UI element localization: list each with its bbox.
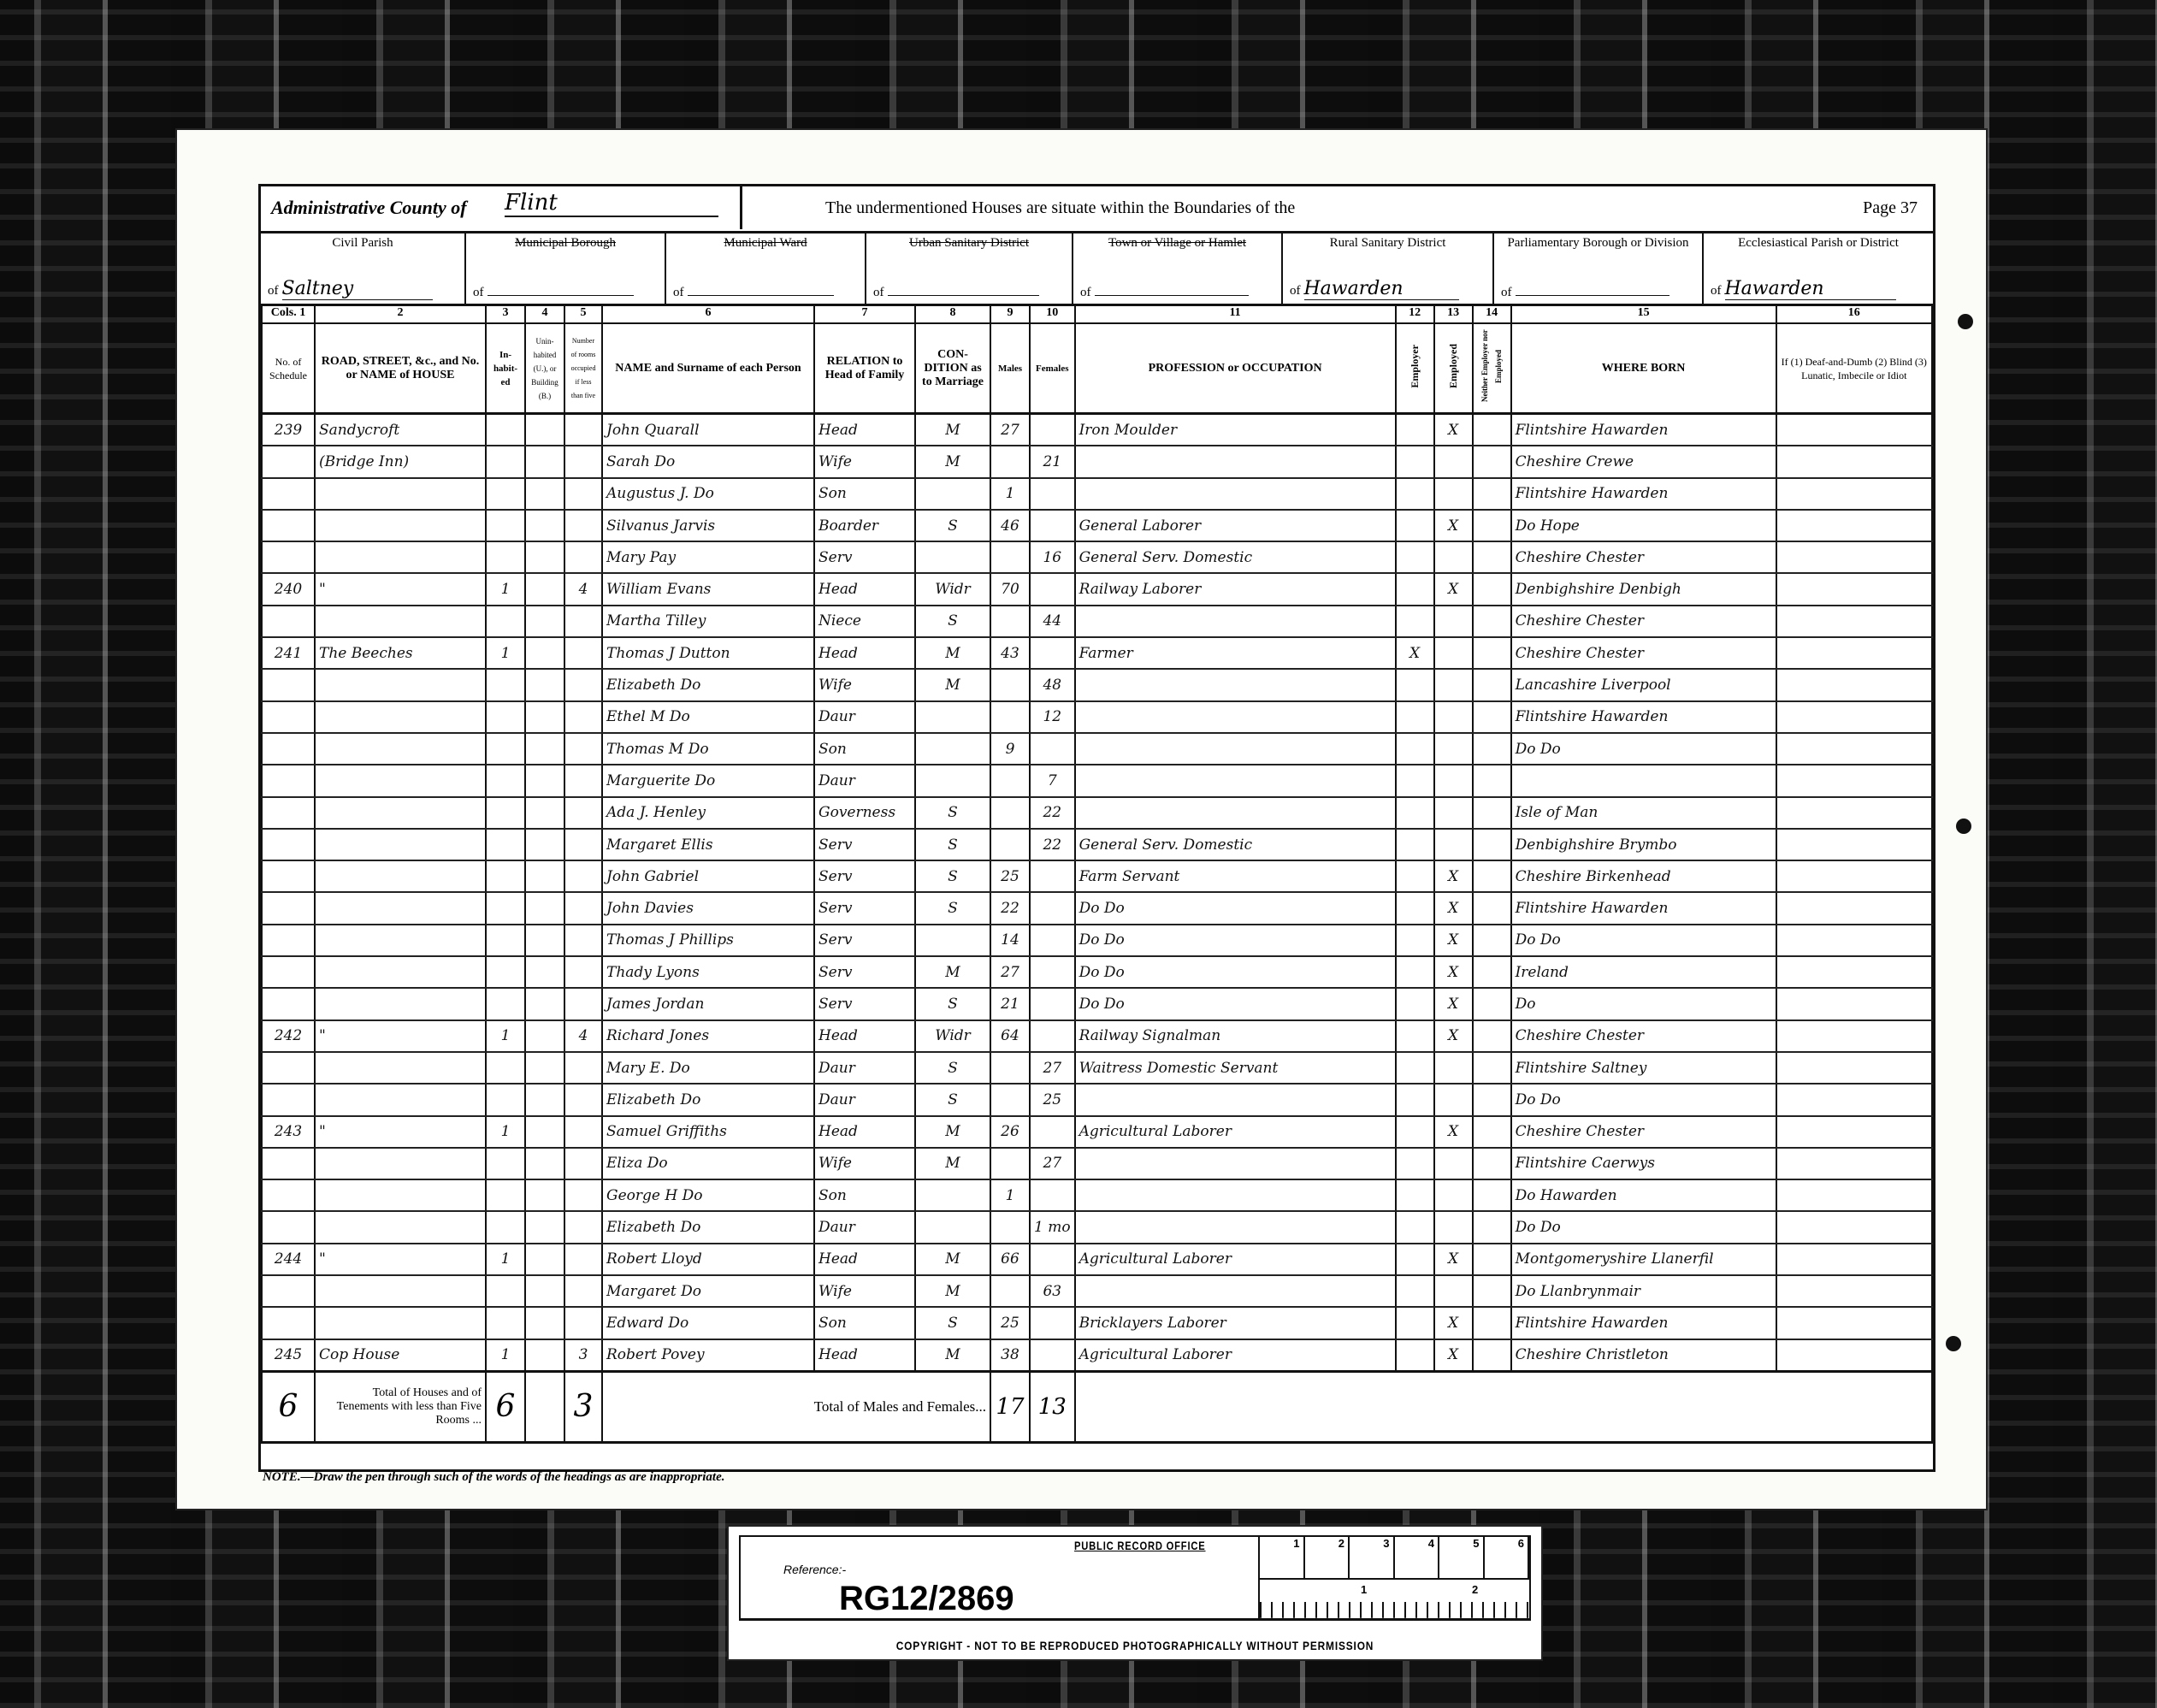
infirmity — [1776, 510, 1932, 541]
condition: M — [915, 669, 990, 700]
record-office-label: PUBLIC RECORD OFFICE — [1074, 1539, 1206, 1552]
table-row: Mary E. DoDaurS27Waitress Domestic Serva… — [262, 1052, 1932, 1084]
condition: M — [915, 446, 990, 477]
condition: S — [915, 1052, 990, 1084]
where-born: Cheshire Crewe — [1511, 446, 1776, 477]
road-house — [315, 829, 486, 860]
occupation: Railway Laborer — [1075, 573, 1396, 605]
age-female — [1030, 573, 1075, 605]
neither — [1473, 510, 1511, 541]
neither — [1473, 1339, 1511, 1372]
county-box: Administrative County of Flint — [261, 186, 742, 229]
schedule-no: 244 — [262, 1244, 315, 1275]
rooms — [564, 956, 602, 988]
schedule-no — [262, 765, 315, 796]
inhabited — [486, 606, 525, 637]
employer — [1396, 1084, 1434, 1115]
where-born: Do Llanbrynmair — [1511, 1275, 1776, 1307]
person-name: John Gabriel — [602, 860, 814, 892]
total-rooms: 3 — [564, 1371, 602, 1442]
infirmity — [1776, 541, 1932, 573]
inhabited: 1 — [486, 1339, 525, 1372]
neither — [1473, 1179, 1511, 1211]
neither — [1473, 1211, 1511, 1243]
employer — [1396, 988, 1434, 1019]
persons-total-label: Total of Males and Females... — [602, 1371, 990, 1442]
employer — [1396, 1307, 1434, 1339]
person-name: Mary Pay — [602, 541, 814, 573]
employed — [1434, 765, 1473, 796]
col-age-males: Males — [990, 323, 1030, 414]
table-row: Elizabeth DoDaurS25Do Do — [262, 1084, 1932, 1115]
condition — [915, 541, 990, 573]
inhabited — [486, 1307, 525, 1339]
schedule-no: 241 — [262, 637, 315, 669]
rooms: 4 — [564, 573, 602, 605]
schedule-no: 242 — [262, 1020, 315, 1052]
rooms — [564, 733, 602, 765]
where-born: Cheshire Birkenhead — [1511, 860, 1776, 892]
infirmity — [1776, 956, 1932, 988]
person-name: Elizabeth Do — [602, 669, 814, 700]
person-name: Margaret Ellis — [602, 829, 814, 860]
table-row: Elizabeth DoDaur1 moDo Do — [262, 1211, 1932, 1243]
condition: S — [915, 829, 990, 860]
age-female — [1030, 1307, 1075, 1339]
person-name: Edward Do — [602, 1307, 814, 1339]
footer-note: NOTE.—Draw the pen through such of the w… — [263, 1470, 725, 1485]
road-house — [315, 988, 486, 1019]
total-males: 17 — [990, 1371, 1030, 1442]
condition: M — [915, 1275, 990, 1307]
district-rural-sanitary: Rural Sanitary District ofHawarden — [1283, 231, 1494, 304]
infirmity — [1776, 1244, 1932, 1275]
age-male — [990, 1275, 1030, 1307]
infirmity — [1776, 573, 1932, 605]
neither — [1473, 829, 1511, 860]
age-female: 1 mo — [1030, 1211, 1075, 1243]
age-male: 9 — [990, 733, 1030, 765]
age-male — [990, 797, 1030, 829]
age-female: 48 — [1030, 669, 1075, 700]
table-row: Mary PayServ16General Serv. DomesticChes… — [262, 541, 1932, 573]
employer: X — [1396, 637, 1434, 669]
neither — [1473, 733, 1511, 765]
employer — [1396, 1211, 1434, 1243]
employed: X — [1434, 925, 1473, 956]
occupation: General Serv. Domestic — [1075, 829, 1396, 860]
infirmity — [1776, 1275, 1932, 1307]
relation: Governess — [814, 797, 915, 829]
table-row: Silvanus JarvisBoarderS46General Laborer… — [262, 510, 1932, 541]
measurement-scale: 12 34 56 1 2 — [1258, 1537, 1529, 1618]
neither — [1473, 765, 1511, 796]
where-born: Do Hope — [1511, 510, 1776, 541]
rooms — [564, 637, 602, 669]
age-female: 21 — [1030, 446, 1075, 477]
rooms — [564, 1275, 602, 1307]
employed: X — [1434, 1339, 1473, 1372]
where-born: Flintshire Saltney — [1511, 1052, 1776, 1084]
total-females: 13 — [1030, 1371, 1075, 1442]
rooms — [564, 1307, 602, 1339]
condition — [915, 1179, 990, 1211]
age-female: 22 — [1030, 797, 1075, 829]
person-name: Elizabeth Do — [602, 1211, 814, 1243]
employer — [1396, 956, 1434, 988]
employer — [1396, 478, 1434, 510]
person-name: Thady Lyons — [602, 956, 814, 988]
county-value: Flint — [505, 190, 718, 217]
employed: X — [1434, 1307, 1473, 1339]
relation: Head — [814, 1339, 915, 1372]
rooms — [564, 1148, 602, 1179]
employer — [1396, 510, 1434, 541]
condition: S — [915, 1084, 990, 1115]
where-born: Do Do — [1511, 1211, 1776, 1243]
occupation — [1075, 1148, 1396, 1179]
road-house — [315, 1275, 486, 1307]
occupation: Bricklayers Laborer — [1075, 1307, 1396, 1339]
condition: M — [915, 1339, 990, 1372]
employed: X — [1434, 956, 1473, 988]
inhabited — [486, 797, 525, 829]
employer — [1396, 860, 1434, 892]
infirmity — [1776, 1307, 1932, 1339]
neither — [1473, 1148, 1511, 1179]
person-name: Martha Tilley — [602, 606, 814, 637]
inhabited — [486, 414, 525, 446]
table-row: (Bridge Inn)Sarah DoWifeM21Cheshire Crew… — [262, 446, 1932, 477]
relation: Son — [814, 733, 915, 765]
relation: Head — [814, 1244, 915, 1275]
condition — [915, 701, 990, 733]
age-female: 12 — [1030, 701, 1075, 733]
table-row: Thomas M DoSon9Do Do — [262, 733, 1932, 765]
road-house: (Bridge Inn) — [315, 446, 486, 477]
age-female — [1030, 414, 1075, 446]
inhabited: 1 — [486, 1244, 525, 1275]
age-female — [1030, 1179, 1075, 1211]
employer — [1396, 1116, 1434, 1148]
copyright-notice: COPYRIGHT - NOT TO BE REPRODUCED PHOTOGR… — [798, 1639, 1471, 1652]
person-name: Thomas J Phillips — [602, 925, 814, 956]
occupation — [1075, 733, 1396, 765]
uninhabited — [525, 606, 564, 637]
uninhabited — [525, 1307, 564, 1339]
where-born: Denbighshire Brymbo — [1511, 829, 1776, 860]
person-name: Samuel Griffiths — [602, 1116, 814, 1148]
infirmity — [1776, 1339, 1932, 1372]
inhabited — [486, 478, 525, 510]
employed — [1434, 829, 1473, 860]
employed: X — [1434, 892, 1473, 924]
employed — [1434, 1148, 1473, 1179]
employed: X — [1434, 1116, 1473, 1148]
occupation: Farmer — [1075, 637, 1396, 669]
age-male: 27 — [990, 956, 1030, 988]
occupation: General Serv. Domestic — [1075, 541, 1396, 573]
district-row: Civil Parish ofSaltney Municipal Borough… — [261, 231, 1933, 306]
relation: Serv — [814, 925, 915, 956]
inhabited — [486, 1179, 525, 1211]
col-occupation: PROFESSION or OCCUPATION — [1075, 323, 1396, 414]
table-row: Marguerite DoDaur7 — [262, 765, 1932, 796]
employer — [1396, 829, 1434, 860]
employed — [1434, 797, 1473, 829]
uninhabited — [525, 414, 564, 446]
inhabited — [486, 956, 525, 988]
rooms — [564, 925, 602, 956]
road-house: " — [315, 573, 486, 605]
age-male: 1 — [990, 1179, 1030, 1211]
employed — [1434, 1084, 1473, 1115]
road-house — [315, 1307, 486, 1339]
where-born: Do Do — [1511, 733, 1776, 765]
age-male: 25 — [990, 860, 1030, 892]
employer — [1396, 606, 1434, 637]
where-born: Lancashire Liverpool — [1511, 669, 1776, 700]
table-row: John DaviesServS22Do DoXFlintshire Hawar… — [262, 892, 1932, 924]
neither — [1473, 669, 1511, 700]
neither — [1473, 1052, 1511, 1084]
road-house — [315, 541, 486, 573]
inhabited — [486, 446, 525, 477]
schedule-no — [262, 1307, 315, 1339]
uninhabited — [525, 1211, 564, 1243]
person-name: Ethel M Do — [602, 701, 814, 733]
uninhabited — [525, 1179, 564, 1211]
schedule-no — [262, 988, 315, 1019]
rooms: 3 — [564, 1339, 602, 1372]
rooms — [564, 988, 602, 1019]
uninhabited — [525, 733, 564, 765]
total-inhabited: 6 — [486, 1371, 525, 1442]
inhabited — [486, 860, 525, 892]
person-name: John Davies — [602, 892, 814, 924]
relation: Serv — [814, 892, 915, 924]
person-name: John Quarall — [602, 414, 814, 446]
infirmity — [1776, 1084, 1932, 1115]
age-female: 22 — [1030, 829, 1075, 860]
road-house — [315, 701, 486, 733]
uninhabited — [525, 478, 564, 510]
district-urban-sanitary: Urban Sanitary District of — [866, 231, 1073, 304]
age-male — [990, 1148, 1030, 1179]
infirmity — [1776, 765, 1932, 796]
employer — [1396, 765, 1434, 796]
table-row: 239SandycroftJohn QuarallHeadM27Iron Mou… — [262, 414, 1932, 446]
occupation: Agricultural Laborer — [1075, 1339, 1396, 1372]
rooms — [564, 829, 602, 860]
inhabited — [486, 829, 525, 860]
relation: Serv — [814, 860, 915, 892]
infirmity — [1776, 701, 1932, 733]
schedule-no — [262, 860, 315, 892]
condition: S — [915, 860, 990, 892]
inhabited — [486, 1211, 525, 1243]
rooms — [564, 606, 602, 637]
age-male: 66 — [990, 1244, 1030, 1275]
age-male — [990, 1052, 1030, 1084]
infirmity — [1776, 1179, 1932, 1211]
employed — [1434, 1179, 1473, 1211]
neither — [1473, 1275, 1511, 1307]
uninhabited — [525, 1148, 564, 1179]
relation: Son — [814, 1307, 915, 1339]
inhabited — [486, 510, 525, 541]
age-female — [1030, 892, 1075, 924]
relation: Daur — [814, 701, 915, 733]
occupation: Railway Signalman — [1075, 1020, 1396, 1052]
employed: X — [1434, 1020, 1473, 1052]
age-female — [1030, 860, 1075, 892]
condition — [915, 925, 990, 956]
neither — [1473, 573, 1511, 605]
schedule-no — [262, 829, 315, 860]
road-house — [315, 1179, 486, 1211]
relation: Niece — [814, 606, 915, 637]
census-sheet: Administrative County of Flint The under… — [175, 128, 1988, 1510]
occupation: Do Do — [1075, 892, 1396, 924]
rooms — [564, 1179, 602, 1211]
table-row: George H DoSon1Do Hawarden — [262, 1179, 1932, 1211]
condition: Widr — [915, 1020, 990, 1052]
age-male: 26 — [990, 1116, 1030, 1148]
employer — [1396, 1275, 1434, 1307]
occupation: Iron Moulder — [1075, 414, 1396, 446]
person-name: Ada J. Henley — [602, 797, 814, 829]
road-house: The Beeches — [315, 637, 486, 669]
rooms — [564, 541, 602, 573]
neither — [1473, 1307, 1511, 1339]
age-male: 43 — [990, 637, 1030, 669]
relation: Daur — [814, 1084, 915, 1115]
column-number-row: Cols. 12 345 678 91011 121314 1516 — [262, 304, 1932, 323]
employed — [1434, 701, 1473, 733]
where-born: Flintshire Hawarden — [1511, 1307, 1776, 1339]
age-male — [990, 1084, 1030, 1115]
relation: Son — [814, 478, 915, 510]
occupation — [1075, 797, 1396, 829]
col-where-born: WHERE BORN — [1511, 323, 1776, 414]
relation: Wife — [814, 446, 915, 477]
road-house: Sandycroft — [315, 414, 486, 446]
county-label: Administrative County of — [271, 197, 467, 219]
schedule-no — [262, 892, 315, 924]
road-house — [315, 797, 486, 829]
neither — [1473, 1244, 1511, 1275]
uninhabited — [525, 892, 564, 924]
employer — [1396, 1244, 1434, 1275]
where-born: Do — [1511, 988, 1776, 1019]
col-relation: RELATION to Head of Family — [814, 323, 915, 414]
employer — [1396, 1339, 1434, 1372]
condition: M — [915, 414, 990, 446]
uninhabited — [525, 1275, 564, 1307]
form-header: Administrative County of Flint The under… — [261, 186, 1933, 233]
inhabited — [486, 1148, 525, 1179]
where-born: Cheshire Chester — [1511, 1116, 1776, 1148]
age-male: 70 — [990, 573, 1030, 605]
person-name: Robert Povey — [602, 1339, 814, 1372]
punch-hole — [1946, 1336, 1961, 1351]
uninhabited — [525, 701, 564, 733]
col-employer: Employer — [1396, 323, 1434, 414]
employed — [1434, 446, 1473, 477]
uninhabited — [525, 1020, 564, 1052]
age-male — [990, 606, 1030, 637]
person-name: Thomas J Dutton — [602, 637, 814, 669]
road-house: " — [315, 1020, 486, 1052]
age-female — [1030, 637, 1075, 669]
uninhabited — [525, 1052, 564, 1084]
inhabited — [486, 1275, 525, 1307]
person-name: Augustus J. Do — [602, 478, 814, 510]
age-female — [1030, 1244, 1075, 1275]
employed — [1434, 606, 1473, 637]
where-born: Flintshire Caerwys — [1511, 1148, 1776, 1179]
where-born: Do Hawarden — [1511, 1179, 1776, 1211]
age-male: 25 — [990, 1307, 1030, 1339]
road-house: " — [315, 1244, 486, 1275]
rooms — [564, 1211, 602, 1243]
infirmity — [1776, 414, 1932, 446]
rooms — [564, 446, 602, 477]
person-name: Elizabeth Do — [602, 1084, 814, 1115]
inhabited — [486, 925, 525, 956]
employer — [1396, 573, 1434, 605]
condition: M — [915, 956, 990, 988]
uninhabited — [525, 573, 564, 605]
district-town-village: Town or Village or Hamlet of — [1073, 231, 1283, 304]
uninhabited — [525, 956, 564, 988]
column-heading-row: No. of Schedule ROAD, STREET, &c., and N… — [262, 323, 1932, 414]
neither — [1473, 541, 1511, 573]
occupation: Waitress Domestic Servant — [1075, 1052, 1396, 1084]
infirmity — [1776, 637, 1932, 669]
employer — [1396, 797, 1434, 829]
age-female: 27 — [1030, 1052, 1075, 1084]
person-name: Thomas M Do — [602, 733, 814, 765]
road-house — [315, 892, 486, 924]
infirmity — [1776, 892, 1932, 924]
road-house — [315, 956, 486, 988]
age-male — [990, 765, 1030, 796]
condition — [915, 1211, 990, 1243]
where-born: Flintshire Hawarden — [1511, 478, 1776, 510]
age-female — [1030, 1116, 1075, 1148]
reference-label: Reference:- — [783, 1563, 846, 1576]
schedule-no — [262, 446, 315, 477]
where-born: Do Do — [1511, 925, 1776, 956]
inhabited — [486, 988, 525, 1019]
schedule-no: 239 — [262, 414, 315, 446]
age-female — [1030, 956, 1075, 988]
infirmity — [1776, 797, 1932, 829]
condition: S — [915, 1307, 990, 1339]
page-number: Page 37 — [1863, 198, 1918, 218]
where-born: Flintshire Hawarden — [1511, 414, 1776, 446]
table-row: John GabrielServS25Farm ServantXCheshire… — [262, 860, 1932, 892]
occupation — [1075, 1211, 1396, 1243]
employer — [1396, 541, 1434, 573]
road-house — [315, 860, 486, 892]
uninhabited — [525, 1084, 564, 1115]
schedule-no — [262, 669, 315, 700]
condition: M — [915, 1148, 990, 1179]
occupation — [1075, 1084, 1396, 1115]
